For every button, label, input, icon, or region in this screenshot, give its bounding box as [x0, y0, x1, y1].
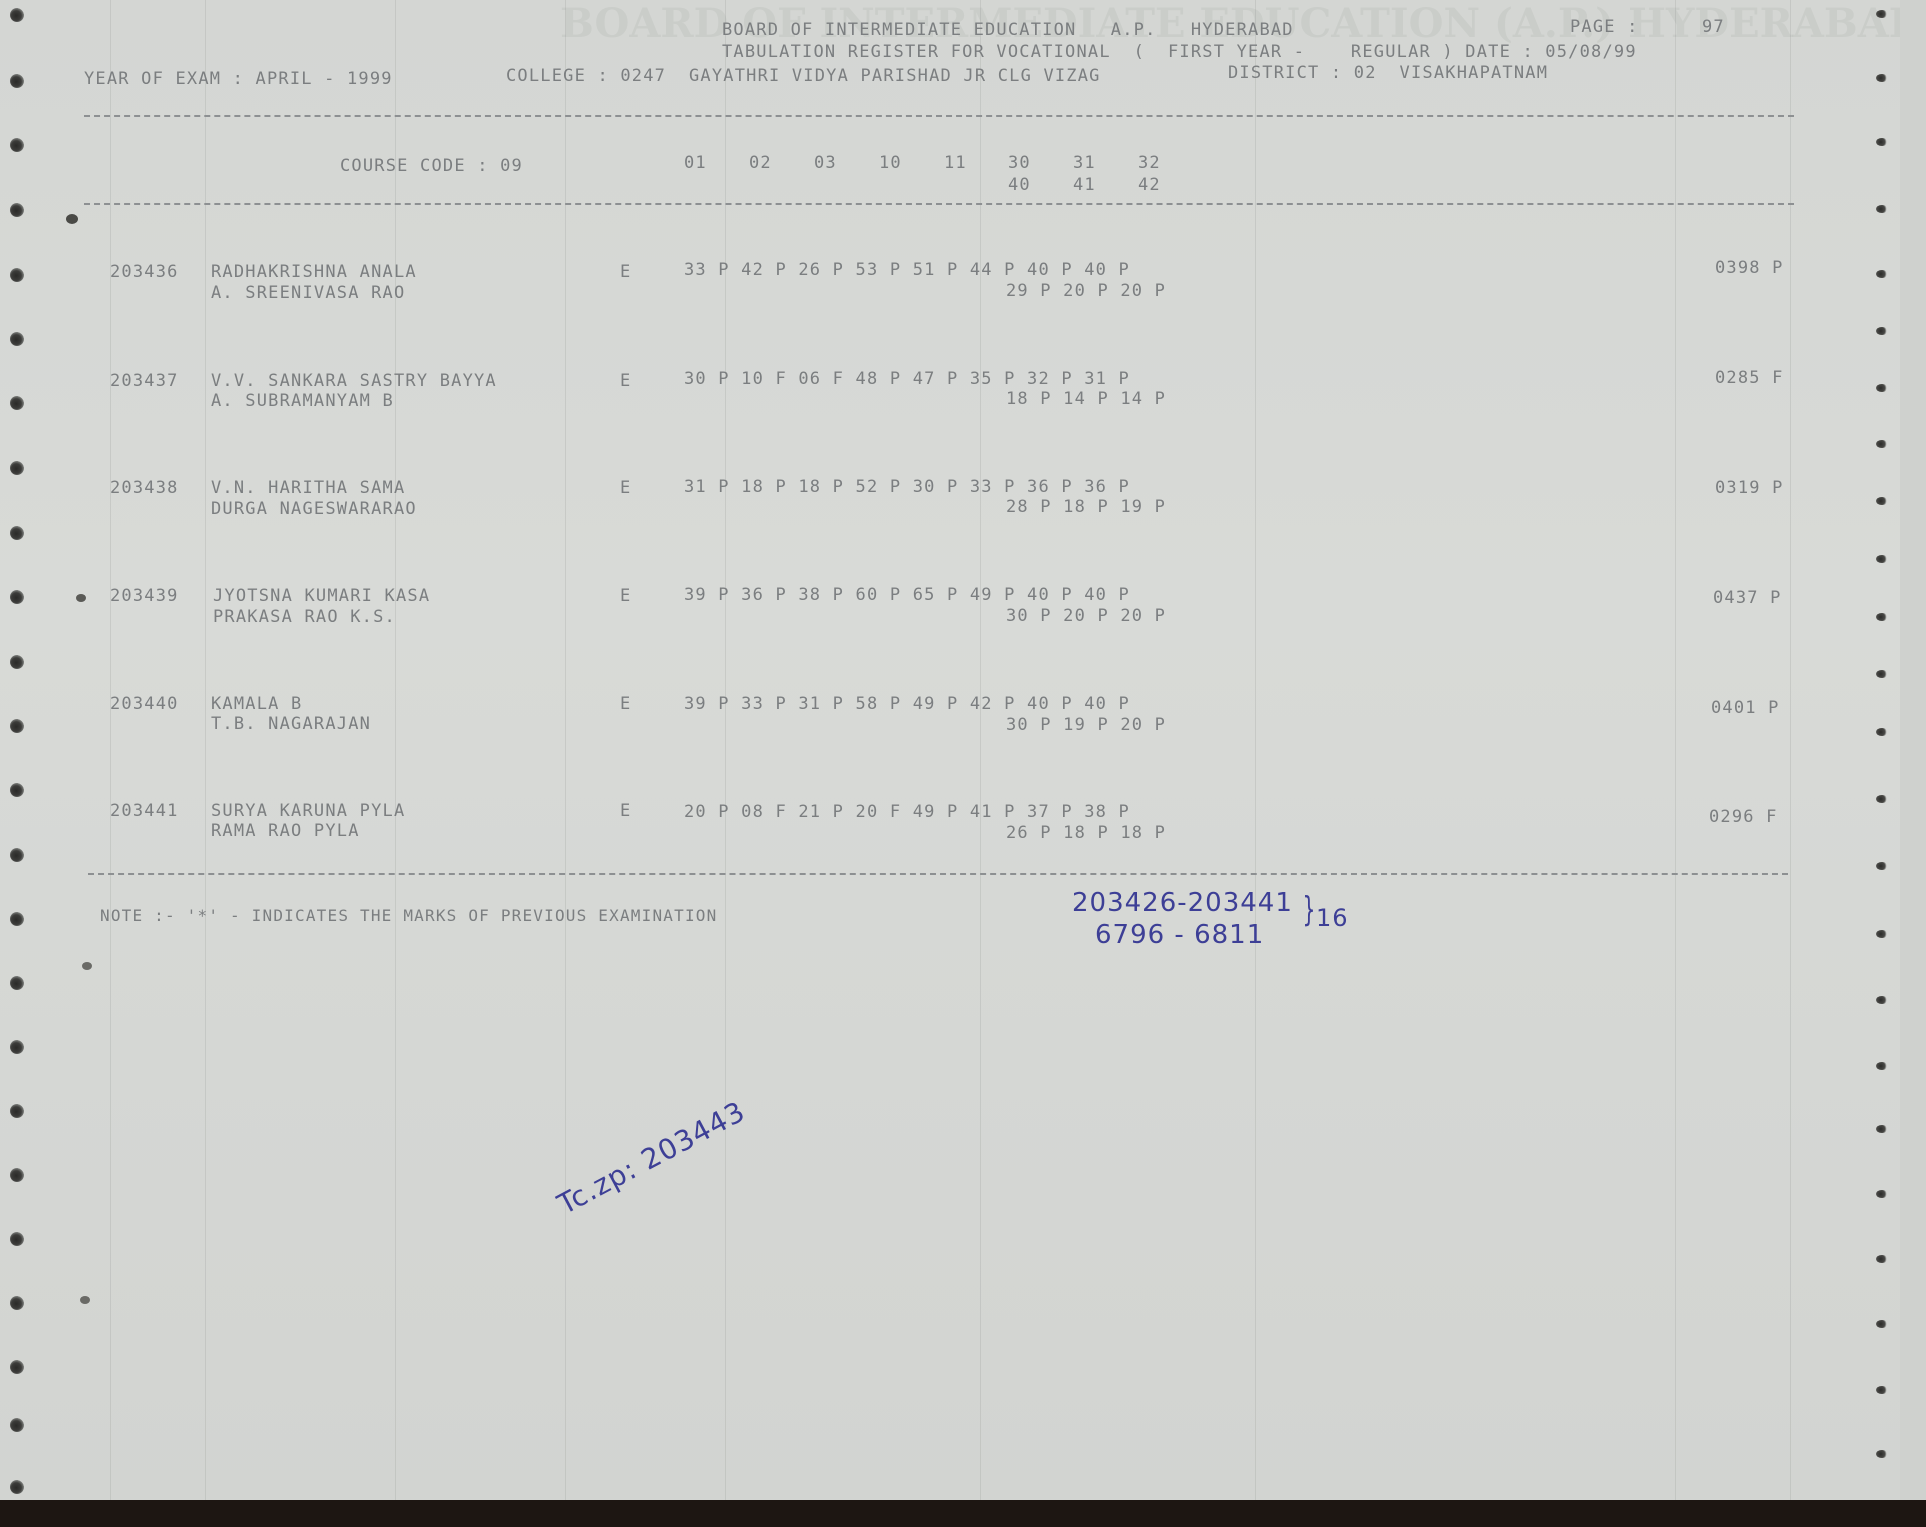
tractor-feed-hole: [10, 74, 24, 88]
ruling-line: [565, 0, 566, 1500]
board-title: BOARD OF INTERMEDIATE EDUCATION A.P. HYD…: [722, 20, 1294, 40]
tractor-feed-hole: [10, 268, 24, 282]
tractor-feed-hole: [1876, 384, 1888, 392]
father-name: RAMA RAO PYLA: [211, 821, 360, 841]
tractor-feed-hole: [1876, 497, 1888, 505]
subject-code: 41: [1073, 175, 1096, 195]
tractor-feed-hole: [1876, 74, 1888, 82]
ruling-line: [1255, 0, 1256, 1500]
register-title: TABULATION REGISTER FOR VOCATIONAL ( FIR…: [722, 42, 1637, 62]
subject-marks-part2: 28 P 18 P 19 P: [1006, 497, 1166, 517]
header-divider: [84, 115, 1794, 117]
total-result: 0398 P: [1715, 258, 1784, 278]
subject-code: 02: [749, 153, 772, 173]
subject-marks-part2: 26 P 18 P 18 P: [1006, 823, 1166, 843]
subject-code: 11: [944, 153, 967, 173]
ink-smudge: [82, 962, 92, 970]
ruling-line: [395, 0, 396, 1500]
student-record: 203437 V.V. SANKARA SASTRY BAYYA A. SUBR…: [0, 371, 1900, 421]
handwritten-diagonal-note: Tc.zp: 203443: [552, 1095, 751, 1221]
hall-ticket-number: 203439: [110, 586, 179, 606]
hall-ticket-number: 203436: [110, 262, 179, 282]
background-surface: [0, 1500, 1926, 1527]
subject-marks-part2: 30 P 20 P 20 P: [1006, 606, 1166, 626]
tractor-feed-hole: [10, 138, 24, 152]
tractor-feed-hole: [10, 1360, 24, 1374]
tractor-feed-hole: [10, 1296, 24, 1310]
tractor-feed-hole: [10, 1418, 24, 1432]
student-record: 203440 KAMALA B T.B. NAGARAJAN E 39 P 33…: [0, 694, 1900, 744]
tractor-feed-hole: [1876, 555, 1888, 563]
subject-code: 40: [1008, 175, 1031, 195]
tractor-feed-hole: [10, 976, 24, 990]
subject-code: 10: [879, 153, 902, 173]
total-result: 0437 P: [1713, 588, 1782, 608]
tractor-feed-hole: [1876, 138, 1888, 146]
student-name: V.N. HARITHA SAMA: [211, 478, 405, 498]
medium: E: [620, 262, 631, 282]
tractor-feed-hole: [10, 590, 24, 604]
total-result: 0285 F: [1715, 368, 1784, 388]
tractor-feed-hole: [10, 1168, 24, 1182]
tractor-feed-hole: [1876, 670, 1888, 678]
handwritten-count: 16: [1316, 904, 1349, 932]
page-number: 97: [1702, 17, 1725, 37]
tractor-feed-hole: [1876, 613, 1888, 621]
tractor-feed-hole: [10, 1480, 24, 1494]
tractor-feed-hole: [10, 1232, 24, 1246]
student-name: KAMALA B: [211, 694, 302, 714]
ruling-line: [1790, 0, 1791, 1500]
ruling-line: [205, 0, 206, 1500]
medium: E: [620, 801, 631, 821]
tractor-feed-hole: [10, 461, 24, 475]
subject-code: 03: [814, 153, 837, 173]
subject-marks-part2: 30 P 19 P 20 P: [1006, 715, 1166, 735]
tractor-feed-hole: [1876, 862, 1888, 870]
tractor-feed-hole: [1876, 795, 1888, 803]
tractor-feed-hole: [1876, 205, 1888, 213]
footer-note: NOTE :- '*' - INDICATES THE MARKS OF PRE…: [100, 906, 717, 925]
student-name: SURYA KARUNA PYLA: [211, 801, 405, 821]
hall-ticket-number: 203440: [110, 694, 179, 714]
tractor-feed-hole: [1876, 10, 1888, 18]
tractor-feed-hole: [1876, 1125, 1888, 1133]
ink-smudge: [76, 594, 86, 602]
footer-divider: [88, 873, 1788, 875]
subject-code: 32: [1138, 153, 1161, 173]
medium: E: [620, 694, 631, 714]
total-result: 0296 F: [1709, 807, 1778, 827]
tractor-feed-hole: [10, 719, 24, 733]
tractor-feed-hole: [1876, 996, 1888, 1004]
subject-marks: 39 P 36 P 38 P 60 P 65 P 49 P 40 P 40 P: [684, 585, 1130, 605]
tractor-feed-hole: [10, 1040, 24, 1054]
medium: E: [620, 478, 631, 498]
hall-ticket-number: 203438: [110, 478, 179, 498]
tractor-feed-hole: [10, 912, 24, 926]
page-label: PAGE :: [1570, 17, 1639, 37]
subject-marks: 33 P 42 P 26 P 53 P 51 P 44 P 40 P 40 P: [684, 260, 1130, 280]
father-name: A. SREENIVASA RAO: [211, 283, 405, 303]
tractor-feed-hole: [1876, 728, 1888, 736]
total-result: 0319 P: [1715, 478, 1784, 498]
student-record: 203441 SURYA KARUNA PYLA RAMA RAO PYLA E…: [0, 801, 1900, 851]
subject-code: 30: [1008, 153, 1031, 173]
tractor-feed-hole: [10, 332, 24, 346]
tractor-feed-hole: [1876, 930, 1888, 938]
tractor-feed-hole: [1876, 327, 1888, 335]
year-of-exam: YEAR OF EXAM : APRIL - 1999: [84, 69, 393, 89]
subject-marks: 31 P 18 P 18 P 52 P 30 P 33 P 36 P 36 P: [684, 477, 1130, 497]
tractor-feed-hole: [1876, 270, 1888, 278]
ink-smudge: [66, 214, 78, 224]
student-name: JYOTSNA KUMARI KASA: [213, 586, 430, 606]
medium: E: [620, 371, 631, 391]
hall-ticket-number: 203441: [110, 801, 179, 821]
student-name: V.V. SANKARA SASTRY BAYYA: [211, 371, 497, 391]
ruling-line: [725, 0, 726, 1500]
brace-mark: }: [1303, 890, 1317, 930]
student-record: 203438 V.N. HARITHA SAMA DURGA NAGESWARA…: [0, 478, 1900, 528]
subject-marks: 39 P 33 P 31 P 58 P 49 P 42 P 40 P 40 P: [684, 694, 1130, 714]
tractor-feed-hole: [1876, 1386, 1888, 1394]
tractor-feed-hole: [10, 526, 24, 540]
subject-code: 42: [1138, 175, 1161, 195]
paper-edge: [1900, 0, 1926, 1527]
handwritten-serial-range: 6796 - 6811: [1095, 920, 1264, 950]
tractor-feed-hole: [10, 8, 24, 22]
hall-ticket-number: 203437: [110, 371, 179, 391]
ruling-line: [110, 0, 111, 1500]
college-info: COLLEGE : 0247 GAYATHRI VIDYA PARISHAD J…: [506, 66, 1101, 86]
tractor-feed-hole: [1876, 1450, 1888, 1458]
ruling-line: [1675, 0, 1676, 1500]
father-name: PRAKASA RAO K.S.: [213, 607, 396, 627]
tractor-feed-hole: [10, 1104, 24, 1118]
tabulation-register-sheet: BOARD OF INTERMEDIATE EDUCATION (A.P.) H…: [0, 0, 1900, 1512]
subject-marks: 30 P 10 F 06 F 48 P 47 P 35 P 32 P 31 P: [684, 369, 1130, 389]
student-record: 203436 RADHAKRISHNA ANALA A. SREENIVASA …: [0, 262, 1900, 312]
subject-marks: 20 P 08 F 21 P 20 F 49 P 41 P 37 P 38 P: [684, 802, 1130, 822]
tractor-feed-hole: [1876, 1320, 1888, 1328]
father-name: DURGA NAGESWARARAO: [211, 499, 417, 519]
ruling-line: [980, 0, 981, 1500]
district-info: DISTRICT : 02 VISAKHAPATNAM: [1228, 63, 1548, 83]
column-header-divider: [84, 203, 1794, 205]
tractor-feed-hole: [1876, 1255, 1888, 1263]
tractor-feed-hole: [10, 848, 24, 862]
tractor-feed-hole: [1876, 1062, 1888, 1070]
tractor-feed-hole: [10, 396, 24, 410]
subject-code: 01: [684, 153, 707, 173]
handwritten-range: 203426-203441: [1072, 888, 1293, 918]
ink-smudge: [80, 1296, 90, 1304]
subject-marks-part2: 29 P 20 P 20 P: [1006, 281, 1166, 301]
subject-marks-part2: 18 P 14 P 14 P: [1006, 389, 1166, 409]
medium: E: [620, 586, 631, 606]
tractor-feed-hole: [10, 783, 24, 797]
subject-code: 31: [1073, 153, 1096, 173]
course-code: COURSE CODE : 09: [340, 156, 523, 176]
tractor-feed-hole: [1876, 440, 1888, 448]
father-name: A. SUBRAMANYAM B: [211, 391, 394, 411]
student-record: 203439 JYOTSNA KUMARI KASA PRAKASA RAO K…: [0, 586, 1900, 636]
father-name: T.B. NAGARAJAN: [211, 714, 371, 734]
tractor-feed-hole: [10, 203, 24, 217]
total-result: 0401 P: [1711, 698, 1780, 718]
tractor-feed-hole: [10, 655, 24, 669]
student-name: RADHAKRISHNA ANALA: [211, 262, 417, 282]
tractor-feed-hole: [1876, 1190, 1888, 1198]
